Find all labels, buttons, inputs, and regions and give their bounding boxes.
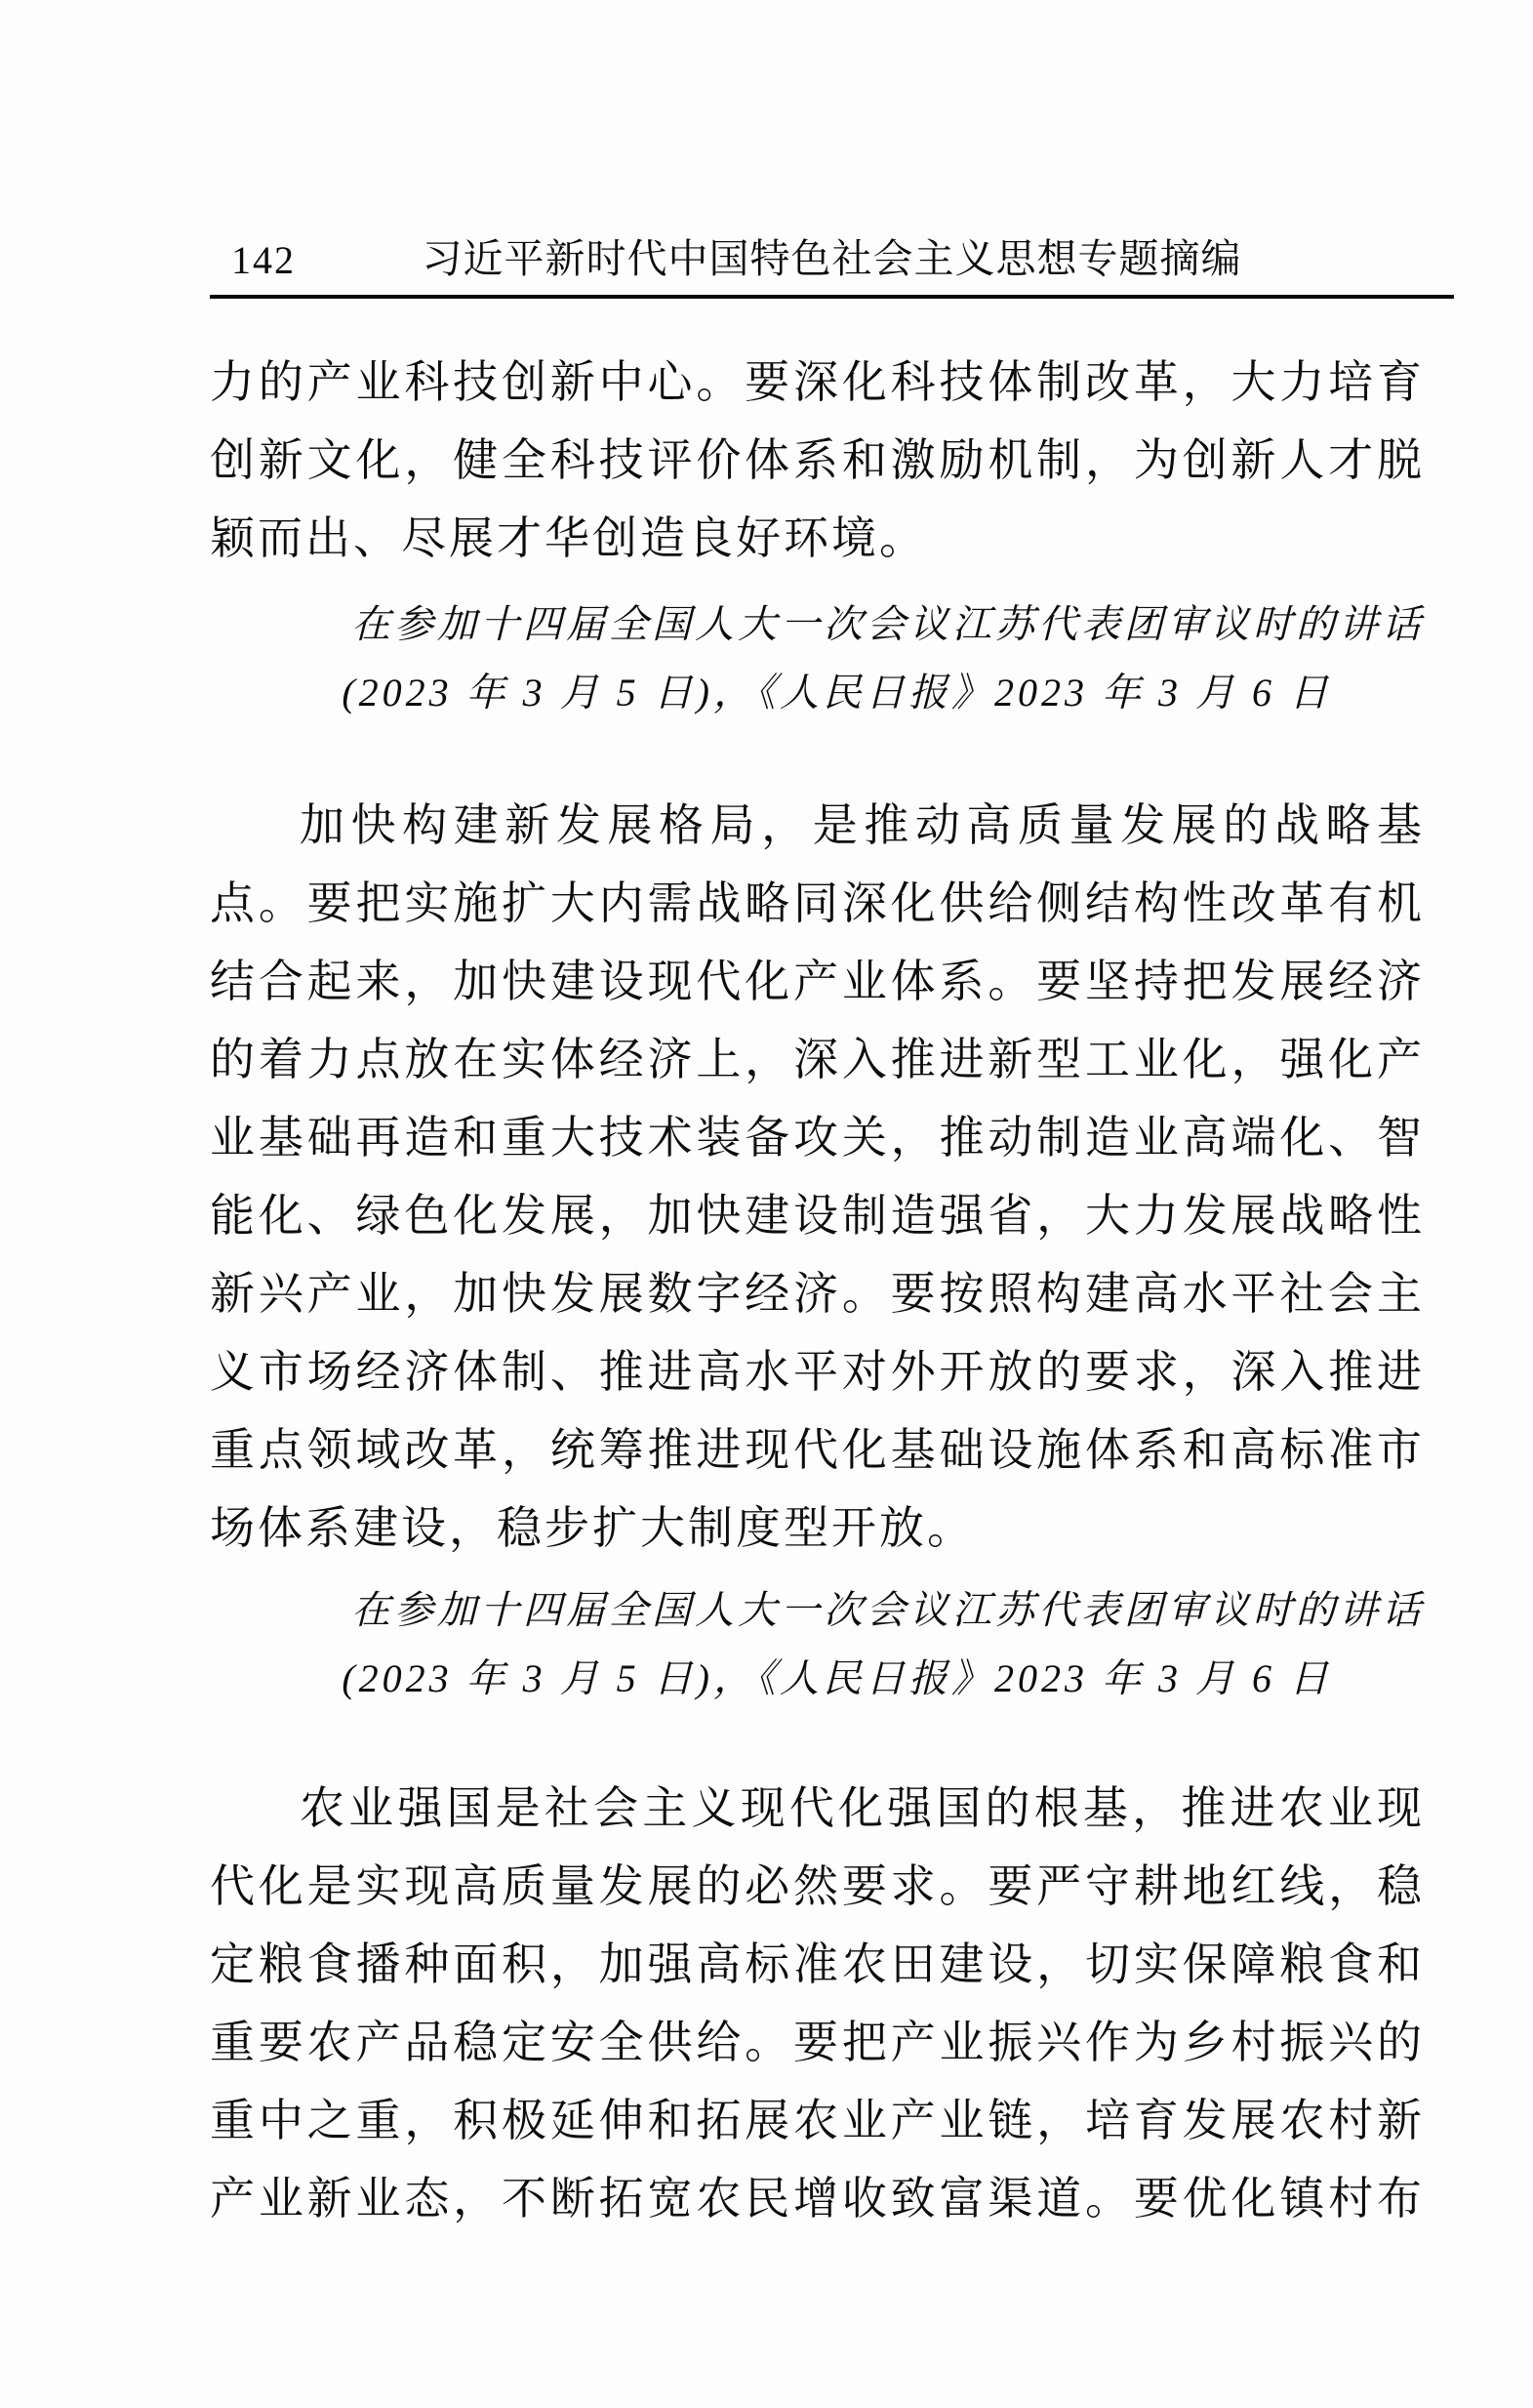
page-number: 142 [231,236,296,285]
paragraph: 农业强国是社会主义现代化强国的根基，推进农业现 代化是实现高质量发展的必然要求。… [210,1770,1425,2238]
paragraph: 加快构建新发展格局，是推动高质量发展的战略基 点。要把实施扩大内需战略同深化供给… [210,787,1425,1568]
running-title: 习近平新时代中国特色社会主义思想专题摘编 [210,234,1454,283]
paragraph-line: 代化是实现高质量发展的必然要求。要严守耕地红线，稳 [210,1848,1425,1926]
paragraph-line: 产业新业态，不断拓宽农民增收致富渠道。要优化镇村布 [210,2160,1425,2238]
paragraph-line: 创新文化，健全科技评价体系和激励机制，为创新人才脱 [210,422,1425,500]
paragraph-line: 力的产业科技创新中心。要深化科技体制改革，大力培育 [210,344,1425,422]
book-page: 142 习近平新时代中国特色社会主义思想专题摘编 力的产业科技创新中心。要深化科… [0,0,1533,2408]
citation-line: (2023 年 3 月 5 日)，《人民日报》2023 年 3 月 6 日 [210,1645,1425,1713]
citation-line: 在参加十四届全国人大一次会议江苏代表团审议时的讲话 [210,591,1425,659]
paragraph-line: 义市场经济体制、推进高水平对外开放的要求，深入推进 [210,1333,1425,1411]
paragraph-line: 结合起来，加快建设现代化产业体系。要坚持把发展经济 [210,943,1425,1021]
paragraph-line: 重点领域改革，统筹推进现代化基础设施体系和高标准市 [210,1411,1425,1490]
paragraph-line: 新兴产业，加快发展数字经济。要按照构建高水平社会主 [210,1255,1425,1333]
paragraph-line: 能化、绿色化发展，加快建设制造强省，大力发展战略性 [210,1177,1425,1255]
paragraph-line: 场体系建设，稳步扩大制度型开放。 [210,1490,1425,1568]
paragraph-line: 加快构建新发展格局，是推动高质量发展的战略基 [210,787,1425,865]
page-header: 142 习近平新时代中国特色社会主义思想专题摘编 [210,234,1454,299]
source-citation: 在参加十四届全国人大一次会议江苏代表团审议时的讲话 (2023 年 3 月 5 … [210,591,1425,727]
paragraph-line: 颖而出、尽展才华创造良好环境。 [210,500,1425,578]
citation-line: (2023 年 3 月 5 日)，《人民日报》2023 年 3 月 6 日 [210,659,1425,727]
source-citation: 在参加十四届全国人大一次会议江苏代表团审议时的讲话 (2023 年 3 月 5 … [210,1576,1425,1713]
paragraph-line: 定粮食播种面积，加强高标准农田建设，切实保障粮食和 [210,1926,1425,2004]
paragraph-line: 点。要把实施扩大内需战略同深化供给侧结构性改革有机 [210,865,1425,943]
page-body: 力的产业科技创新中心。要深化科技体制改革，大力培育 创新文化，健全科技评价体系和… [210,344,1425,2238]
citation-line: 在参加十四届全国人大一次会议江苏代表团审议时的讲话 [210,1576,1425,1645]
paragraph-line: 重中之重，积极延伸和拓展农业产业链，培育发展农村新 [210,2082,1425,2160]
paragraph-line: 重要农产品稳定安全供给。要把产业振兴作为乡村振兴的 [210,2004,1425,2082]
paragraph-line: 农业强国是社会主义现代化强国的根基，推进农业现 [210,1770,1425,1848]
paragraph-continuation: 力的产业科技创新中心。要深化科技体制改革，大力培育 创新文化，健全科技评价体系和… [210,344,1425,578]
paragraph-line: 业基础再造和重大技术装备攻关，推动制造业高端化、智 [210,1099,1425,1177]
paragraph-line: 的着力点放在实体经济上，深入推进新型工业化，强化产 [210,1021,1425,1099]
